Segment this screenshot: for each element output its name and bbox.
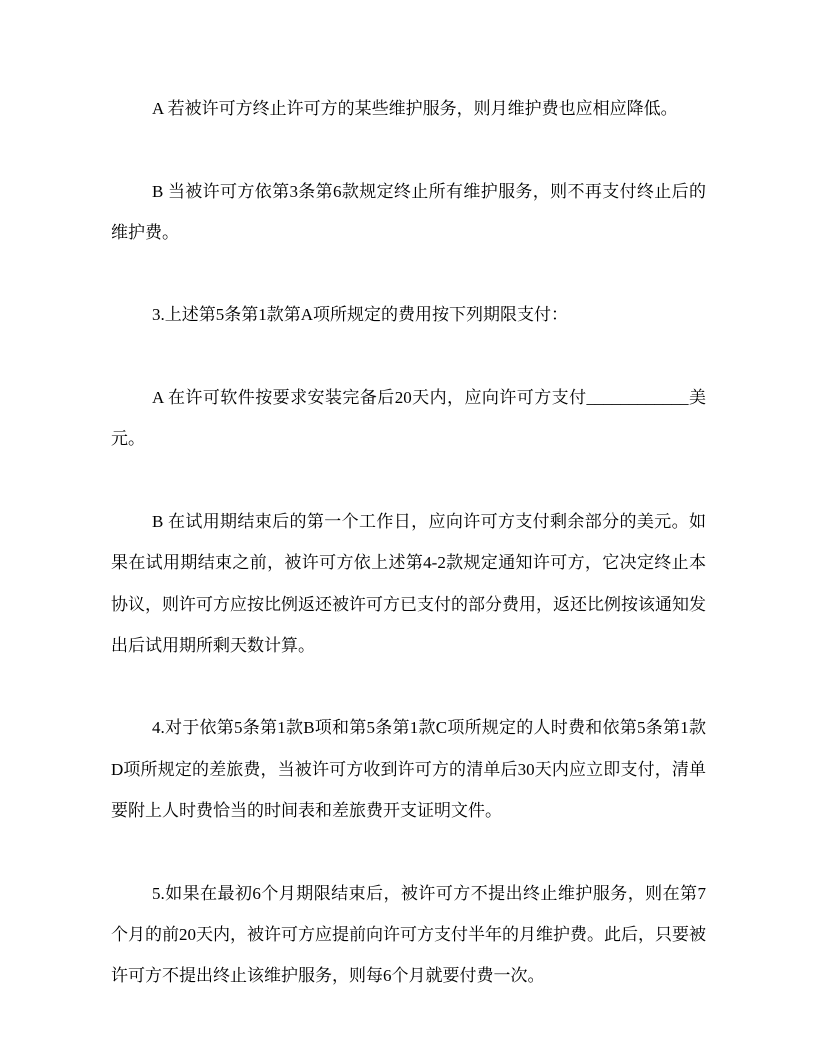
paragraph-clause-3b-trial-period-refund: B 在试用期结束后的第一个工作日，应向许可方支付剩余部分的美元。如果在试用期结束… (111, 501, 706, 666)
paragraph-clause-3a-installation-payment-blank: A 在许可软件按要求安装完备后20天内，应向许可方支付____________美… (111, 377, 706, 460)
document-page: A 若被许可方终止许可方的某些维护服务，则月维护费也应相应降低。 B 当被许可方… (0, 0, 816, 1056)
paragraph-clause-b-terminate-all-maintenance: B 当被许可方依第3条第6款规定终止所有维护服务，则不再支付终止后的维护费。 (111, 171, 706, 254)
paragraph-clause-3-payment-schedule: 3.上述第5条第1款第A项所规定的费用按下列期限支付： (111, 294, 706, 335)
paragraph-clause-5-semiannual-maintenance-payment: 5.如果在最初6个月期限结束后，被许可方不提出终止维护服务，则在第7个月的前20… (111, 873, 706, 997)
paragraph-clause-4-hourly-and-travel-fees: 4.对于依第5条第1款B项和第5条第1款C项所规定的人时费和依第5条第1款D项所… (111, 707, 706, 831)
paragraph-clause-a-maintenance-fee-reduction: A 若被许可方终止许可方的某些维护服务，则月维护费也应相应降低。 (111, 88, 706, 129)
